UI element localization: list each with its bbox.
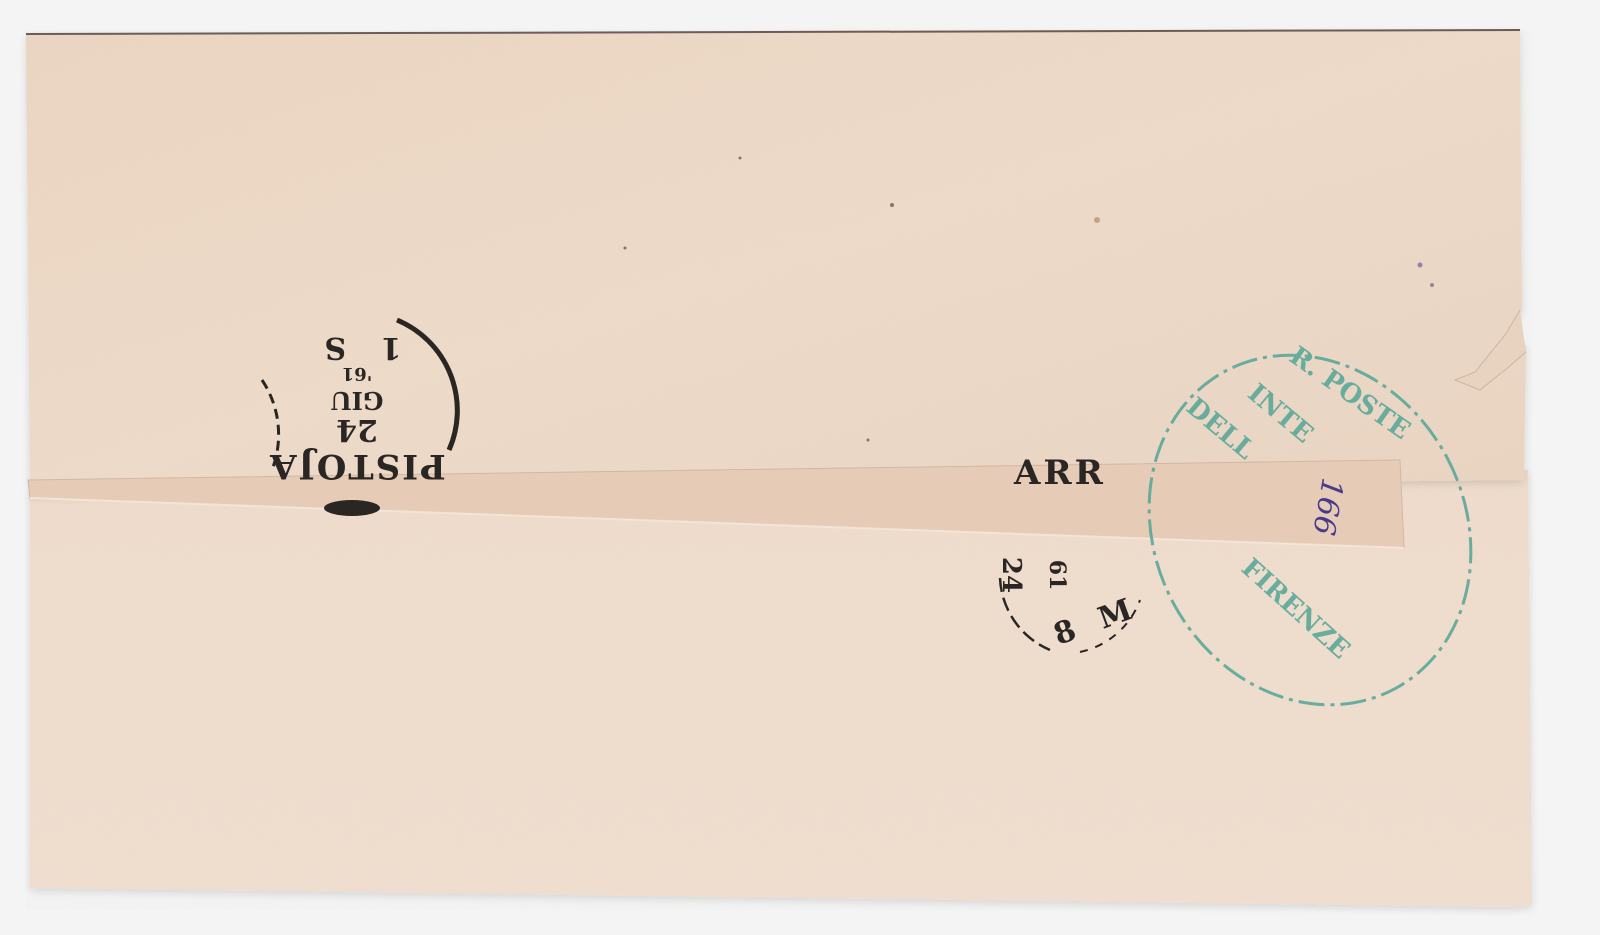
pistoja-time-text: 1 S: [313, 330, 402, 365]
pistoja-year-text: '61: [342, 363, 373, 384]
arrival-town-text: ARR: [1013, 453, 1106, 493]
pistoja-month-text: GIU: [331, 386, 384, 415]
envelope-canvas: PISTOJA 24 GIU '61 1 S ARR 24 61 8 M R. …: [0, 0, 1600, 935]
arrival-year-text: 61: [1044, 560, 1070, 591]
pistoja-ink-blot: [324, 500, 380, 516]
pistoja-town-text: PISTOJA: [268, 446, 445, 486]
pistoja-day-text: 24: [336, 412, 378, 447]
envelope-photo: PISTOJA 24 GIU '61 1 S ARR 24 61 8 M R. …: [0, 0, 1600, 935]
arrival-day-text: 24: [996, 557, 1026, 593]
